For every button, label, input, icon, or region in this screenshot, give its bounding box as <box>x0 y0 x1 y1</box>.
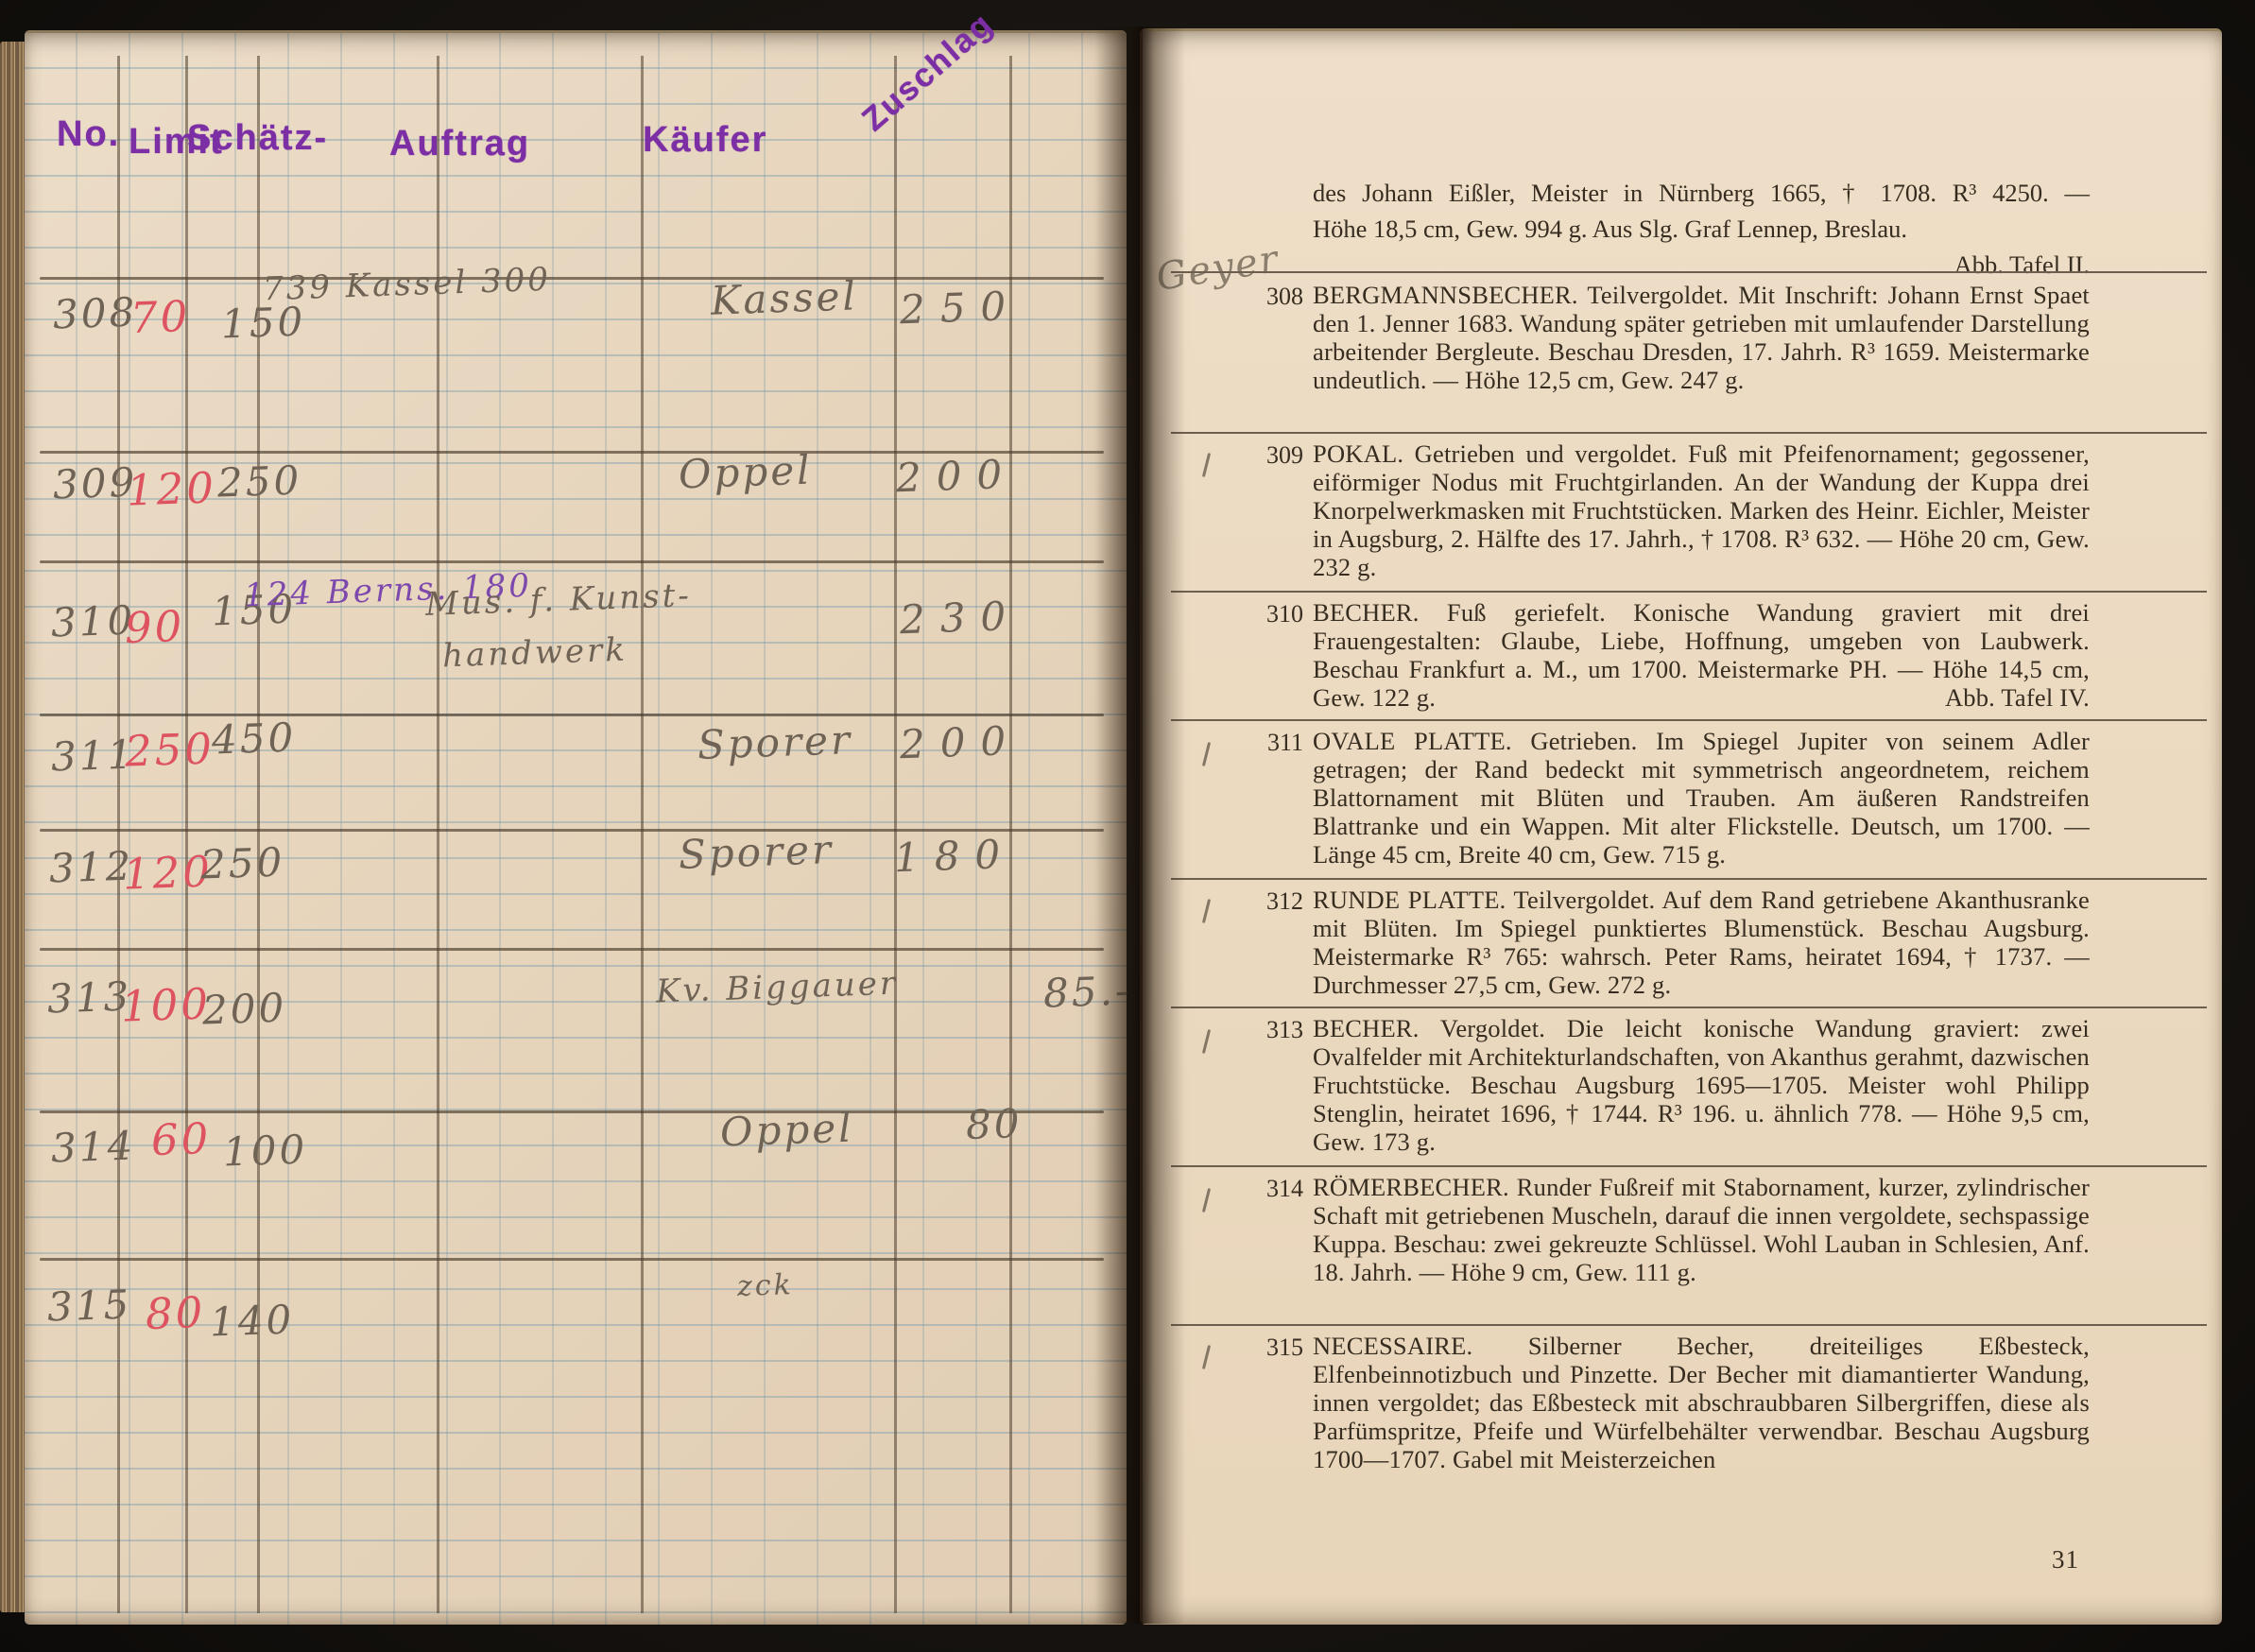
entry-body: NECESSAIRE. Silberner Becher, dreiteilig… <box>1313 1332 2090 1473</box>
pencil-tick-mark <box>1202 1029 1211 1054</box>
row-limit: 70 <box>129 291 191 343</box>
catalog-entry-313: 313 BECHER. Vergoldet. Die leicht konisc… <box>1254 1014 2090 1156</box>
row-separator <box>40 560 1104 563</box>
entry-separator <box>1171 719 2207 721</box>
entry-text: BERGMANNSBECHER. Teilvergoldet. Mit Insc… <box>1313 281 2090 394</box>
row-kaeufer: Sporer <box>678 826 835 878</box>
entry-text: NECESSAIRE. Silberner Becher, dreiteilig… <box>1313 1332 2090 1473</box>
entry-number: 314 <box>1254 1175 1303 1203</box>
column-rule <box>185 56 188 1613</box>
row-kaeufer: Sporer <box>697 716 853 768</box>
entry-number: 313 <box>1254 1016 1303 1044</box>
row-limit: 250 <box>124 723 215 776</box>
entry-number: 309 <box>1254 441 1303 470</box>
book-scan: No. Limit Schätz- Auftrag Käufer Zuschla… <box>0 0 2255 1652</box>
row-schaetz: 250 <box>216 456 302 506</box>
entry-separator <box>1171 1324 2207 1326</box>
catalog-entry-312: 312 RUNDE PLATTE. Teilvergoldet. Auf dem… <box>1254 886 2090 999</box>
entry-body: OVALE PLATTE. Getrieben. Im Spiegel Jupi… <box>1313 727 2090 869</box>
entry-text: POKAL. Getrieben und vergoldet. Fuß mit … <box>1313 439 2090 581</box>
row-no: 315 <box>46 1281 132 1330</box>
entry-separator <box>1171 591 2207 593</box>
pencil-tick-mark <box>1202 899 1211 923</box>
entry-number: 312 <box>1254 887 1303 916</box>
row-zuschlag: 200 <box>895 451 1018 501</box>
entry-number: 311 <box>1254 729 1303 757</box>
row-zuschlag: 80 <box>965 1100 1023 1148</box>
entry-number: 315 <box>1254 1334 1303 1362</box>
row-schaetz: 100 <box>222 1126 308 1175</box>
catalog-entry-309: 309 POKAL. Getrieben und vergoldet. Fuß … <box>1254 439 2090 581</box>
entry-text: RÖMERBECHER. Runder Fußreif mit Staborna… <box>1313 1173 2090 1286</box>
catalog-entry-315: 315 NECESSAIRE. Silberner Becher, dreite… <box>1254 1332 2090 1473</box>
row-limit: 100 <box>120 978 212 1031</box>
carryover-paragraph: des Johann Eißler, Meister in Nürnberg 1… <box>1313 175 2090 283</box>
carryover-line: des Johann Eißler, Meister in Nürnberg 1… <box>1313 175 2090 211</box>
pencil-tick-mark <box>1202 742 1211 766</box>
entry-number: 310 <box>1254 600 1303 628</box>
plate-reference: Abb. Tafel IV. <box>1945 683 2090 712</box>
row-kaeufer: Kv. Biggauer <box>655 965 898 1011</box>
entry-separator <box>1171 271 2207 273</box>
row-auftrag: 739 Kassel 300 <box>262 261 551 309</box>
row-separator <box>40 714 1104 716</box>
catalog-entry-308: 308 BERGMANNSBECHER. Teilvergoldet. Mit … <box>1254 281 2090 394</box>
column-rule <box>641 56 644 1613</box>
row-separator <box>40 277 1104 280</box>
row-zuschlag: 85.- <box>1042 967 1132 1016</box>
row-no: 308 <box>52 288 138 337</box>
entry-body: POKAL. Getrieben und vergoldet. Fuß mit … <box>1313 439 2090 581</box>
entry-body: BECHER. Vergoldet. Die leicht konische W… <box>1313 1014 2090 1156</box>
row-kaeufer: zck <box>736 1268 794 1303</box>
header-auftrag: Auftrag <box>389 124 530 164</box>
row-schaetz: 140 <box>209 1296 295 1345</box>
entry-text: RUNDE PLATTE. Teilvergoldet. Auf dem Ran… <box>1313 886 2090 999</box>
plate-reference: Abb. Tafel II. <box>1313 247 2090 283</box>
catalog-entry-314: 314 RÖMERBECHER. Runder Fußreif mit Stab… <box>1254 1173 2090 1286</box>
row-limit: 80 <box>145 1287 206 1339</box>
header-schaetz: Schätz- <box>187 118 328 159</box>
pencil-tick-mark <box>1202 453 1211 477</box>
entry-separator <box>1171 432 2207 434</box>
page-number: 31 <box>2052 1545 2079 1575</box>
entry-body: BERGMANNSBECHER. Teilvergoldet. Mit Insc… <box>1313 281 2090 394</box>
catalog-entry-311: 311 OVALE PLATTE. Getrieben. Im Spiegel … <box>1254 727 2090 869</box>
entry-separator <box>1171 1007 2207 1008</box>
entry-separator <box>1171 1165 2207 1167</box>
entry-text: OVALE PLATTE. Getrieben. Im Spiegel Jupi… <box>1313 727 2090 869</box>
entry-separator <box>1171 878 2207 880</box>
catalog-page: Geyer des Johann Eißler, Meister in Nürn… <box>1140 28 2222 1625</box>
row-kaeufer: Kassel <box>710 272 858 323</box>
row-schaetz: 200 <box>201 984 287 1033</box>
column-rule <box>257 56 260 1613</box>
row-kaeufer: Oppel <box>678 447 813 498</box>
row-limit: 90 <box>124 601 185 653</box>
row-separator <box>40 1258 1104 1261</box>
row-separator <box>40 948 1104 951</box>
catalog-entry-310: 310 BECHER. Fuß geriefelt. Konische Wand… <box>1254 598 2090 712</box>
carryover-line: Höhe 18,5 cm, Gew. 994 g. Aus Slg. Graf … <box>1313 211 2090 247</box>
row-zuschlag: 180 <box>893 831 1016 881</box>
row-limit: 120 <box>126 462 217 515</box>
ledger-page: No. Limit Schätz- Auftrag Käufer Zuschla… <box>25 30 1127 1625</box>
row-no: 314 <box>50 1122 136 1171</box>
row-schaetz: 250 <box>199 838 285 887</box>
entry-body: RÖMERBECHER. Runder Fußreif mit Staborna… <box>1313 1173 2090 1286</box>
row-no: 313 <box>46 972 132 1022</box>
row-zuschlag: 250 <box>899 283 1022 333</box>
header-kaeufer: Käufer <box>643 120 767 161</box>
header-zuschlag: Zuschlag <box>855 6 1001 139</box>
row-zuschlag: 200 <box>899 717 1022 767</box>
row-no: 311 <box>50 731 136 780</box>
row-kaeufer: Oppel <box>719 1105 854 1156</box>
row-schaetz: 450 <box>211 714 297 763</box>
pencil-tick-mark <box>1202 1188 1211 1213</box>
entry-text: BECHER. Vergoldet. Die leicht konische W… <box>1313 1014 2090 1156</box>
pencil-tick-mark <box>1202 1345 1211 1369</box>
row-zuschlag: 230 <box>899 593 1022 643</box>
entry-number: 308 <box>1254 283 1303 311</box>
header-no: No. <box>57 114 120 155</box>
row-kaeufer: Mus. f. Kunst- <box>424 576 692 624</box>
row-limit: 60 <box>150 1113 212 1165</box>
row-separator <box>40 829 1104 832</box>
entry-body: RUNDE PLATTE. Teilvergoldet. Auf dem Ran… <box>1313 886 2090 999</box>
entry-text: BECHER. Fuß geriefelt. Konische Wandung … <box>1313 598 2090 712</box>
row-kaeufer-line2: handwerk <box>441 631 628 676</box>
